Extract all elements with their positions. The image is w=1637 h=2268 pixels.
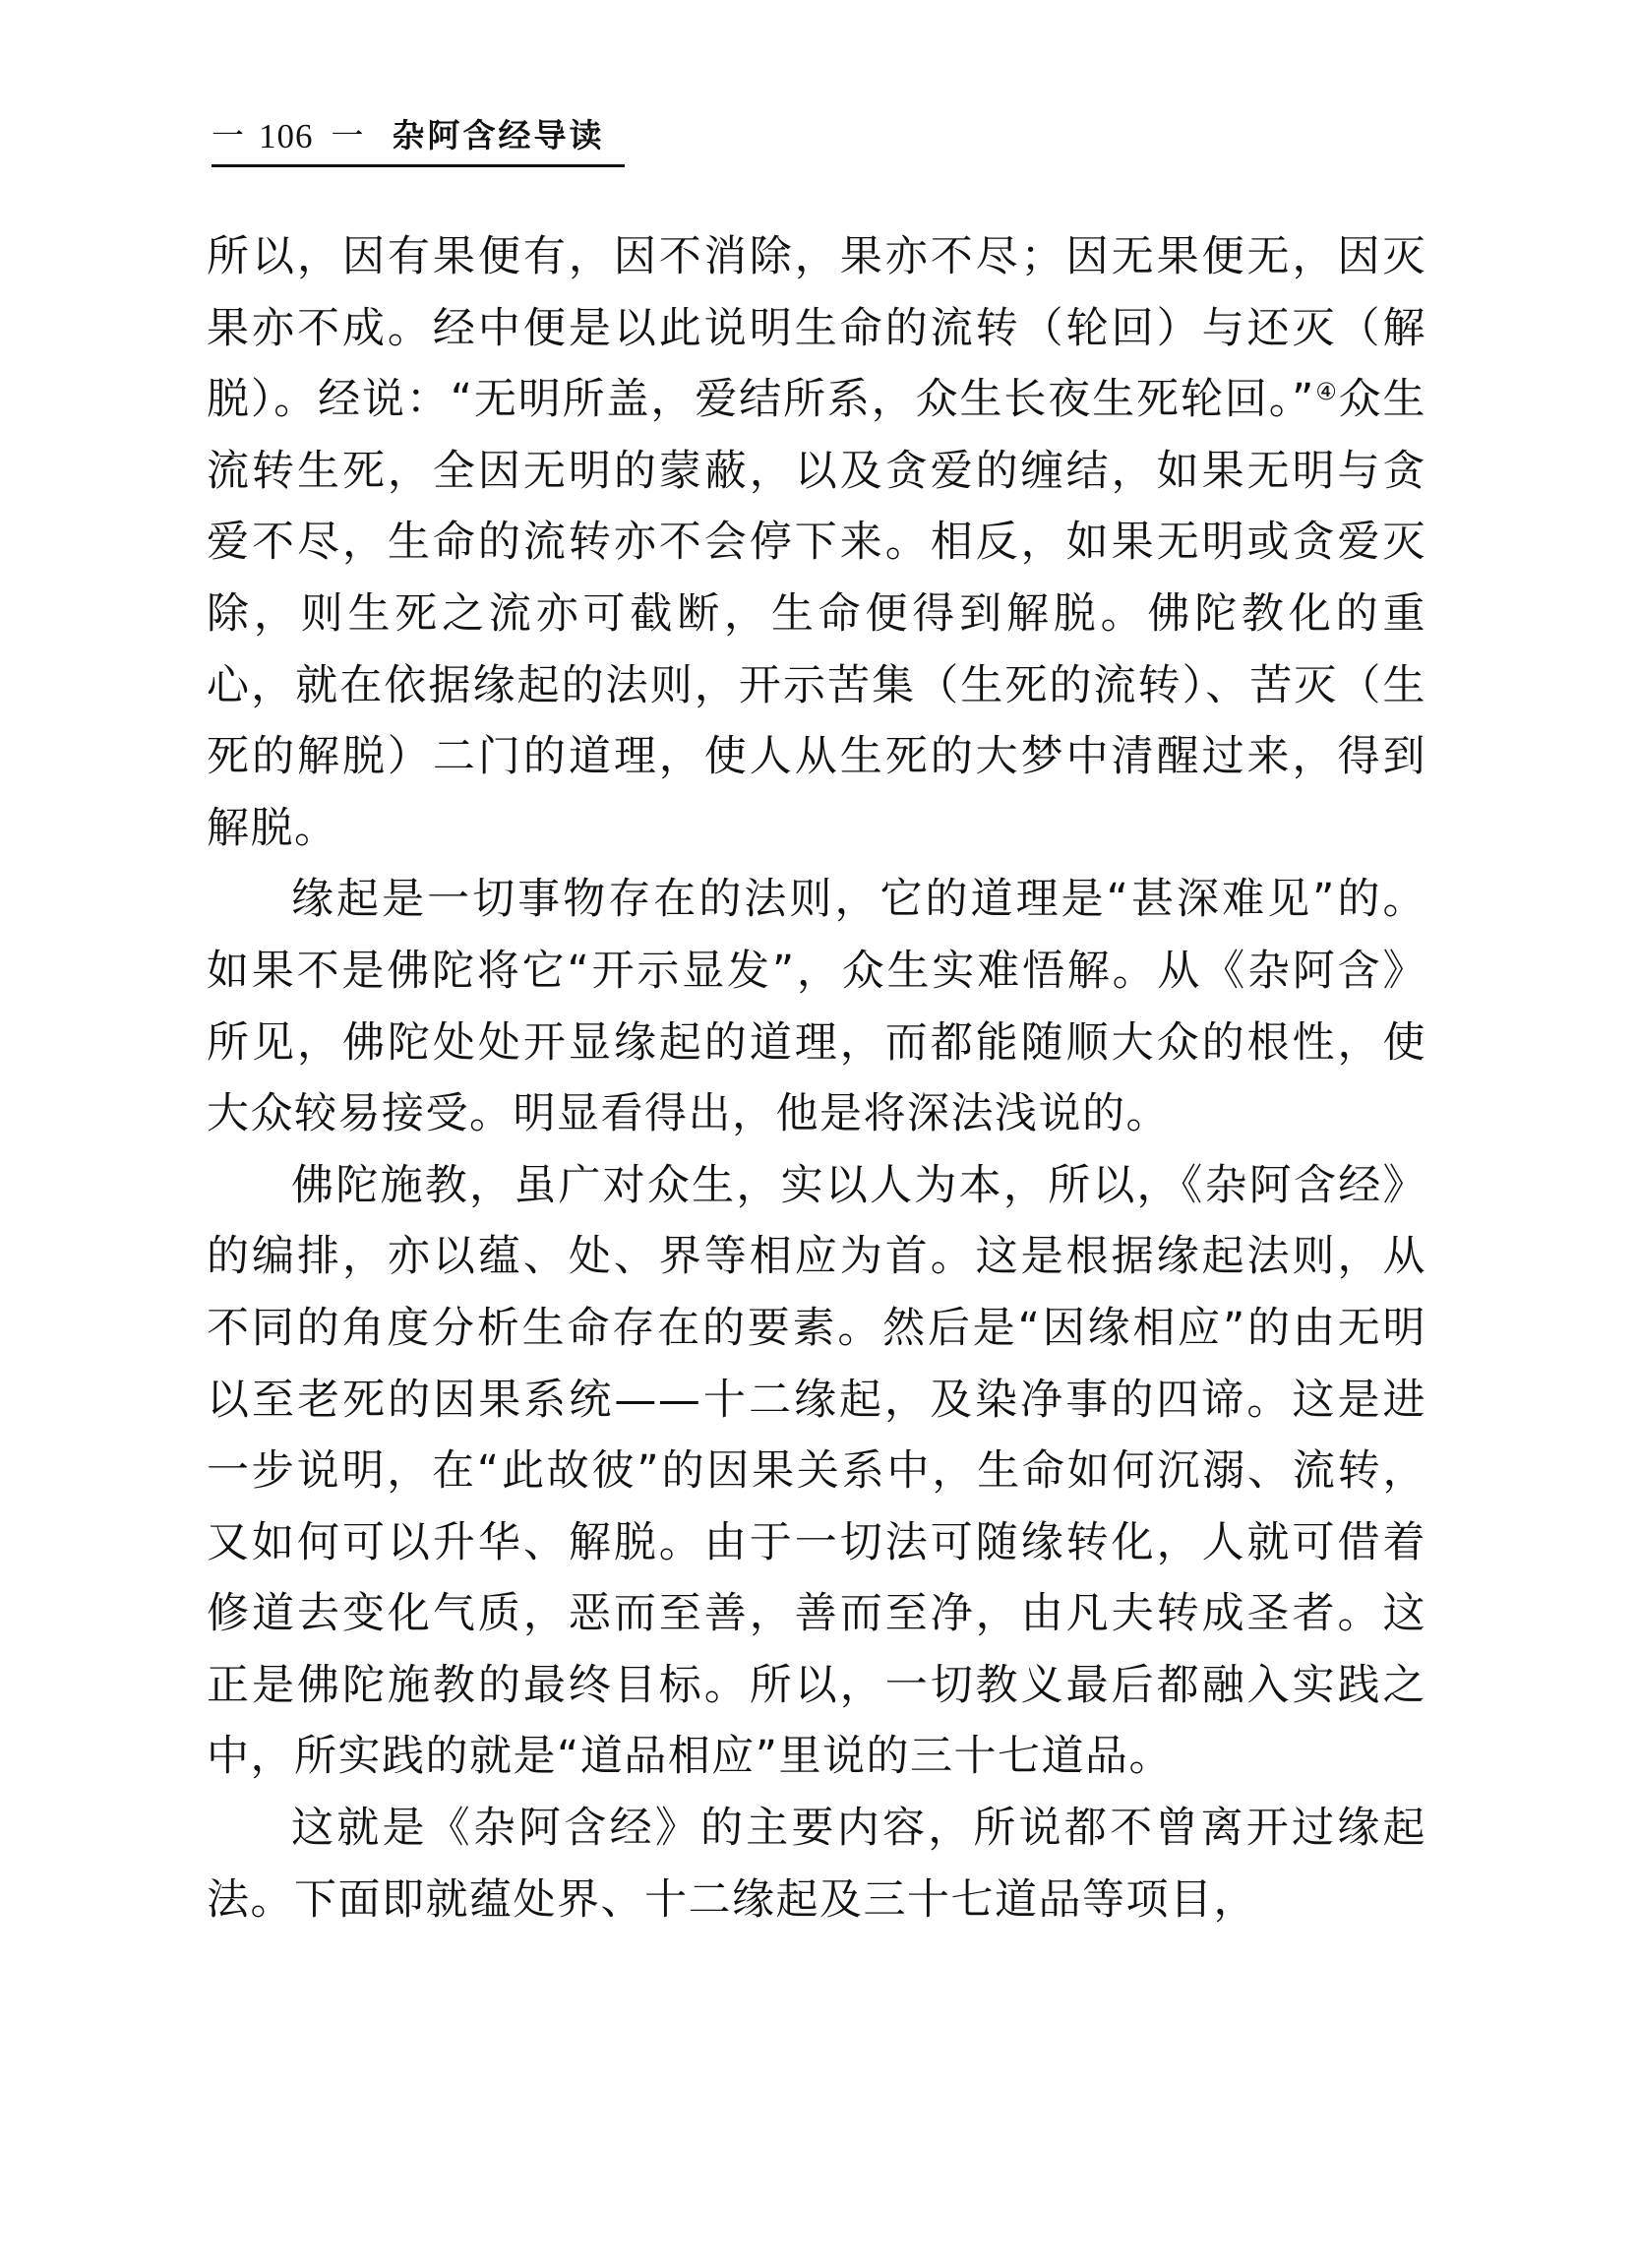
header-dash-left: 一 [212,110,245,156]
paragraph-1: 所以，因有果便有，因不消除，果亦不尽；因无果便无，因灭果亦不成。经中便是以此说明… [207,221,1426,864]
header-dash-right: 一 [332,110,365,156]
paragraph-4: 这就是《杂阿含经》的主要内容，所说都不曾离开过缘起法。下面即就蕴处界、十二缘起及… [207,1793,1426,1935]
page-number: 106 [259,117,314,156]
running-header: 一 106 一 杂阿含经导读 [212,110,625,167]
footnote-reference[interactable]: ④ [1315,378,1339,405]
paragraph-1-text-a: 所以，因有果便有，因不消除，果亦不尽；因无果便无，因灭果亦不成。经中便是以此说明… [207,232,1426,424]
book-page: 一 106 一 杂阿含经导读 所以，因有果便有，因不消除，果亦不尽；因无果便无，… [0,0,1637,2268]
book-title: 杂阿含经导读 [393,110,605,156]
paragraph-1-text-b: 众生流转生死，全因无明的蒙蔽，以及贪爱的缠结，如果无明与贪爱不尽，生命的流转亦不… [207,375,1426,853]
body-text: 所以，因有果便有，因不消除，果亦不尽；因无果便无，因灭果亦不成。经中便是以此说明… [207,221,1426,1935]
paragraph-3: 佛陀施教，虽广对众生，实以人为本，所以，《杂阿含经》的编排，亦以蕴、处、界等相应… [207,1150,1426,1793]
paragraph-2: 缘起是一切事物存在的法则，它的道理是“甚深难见”的。如果不是佛陀将它“开示显发”… [207,864,1426,1149]
